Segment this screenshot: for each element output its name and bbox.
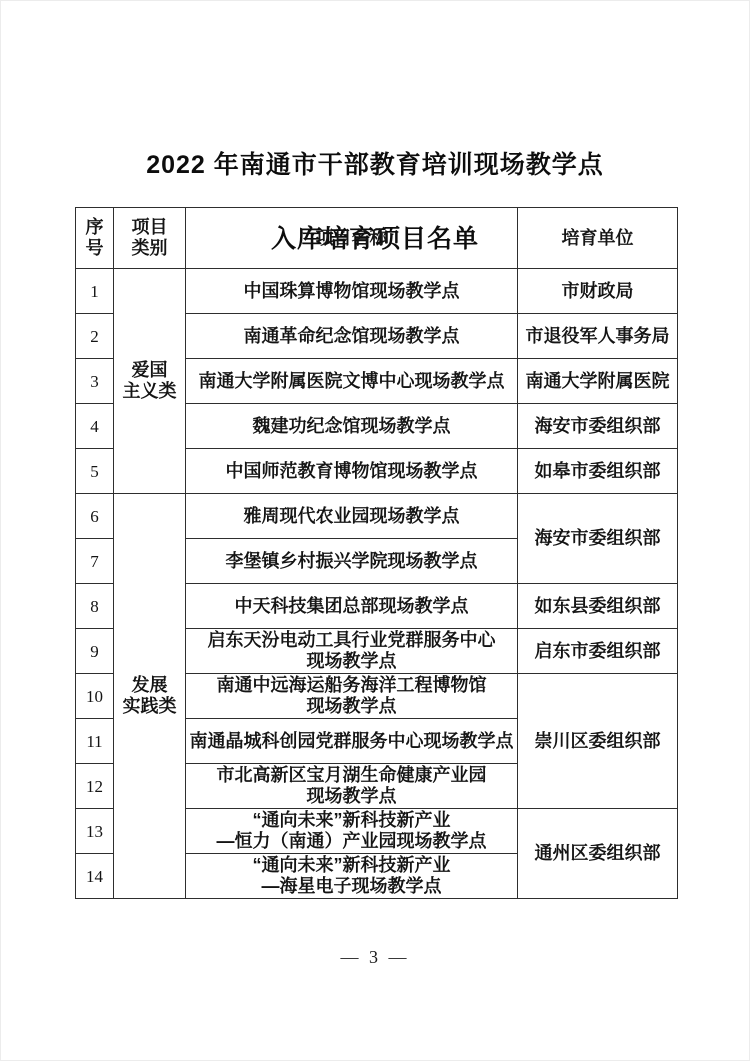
project-name-cell: 李堡镇乡村振兴学院现场教学点 [186, 539, 518, 584]
project-name-cell: 中国珠算博物馆现场教学点 [186, 269, 518, 314]
project-name-cell: 南通大学附属医院文博中心现场教学点 [186, 359, 518, 404]
header-project-name: 项目名称 [186, 208, 518, 269]
index-cell: 9 [76, 629, 114, 674]
table-header-row: 序 号 项目 类别 项目名称 培育单位 [76, 208, 678, 269]
unit-cell: 市退役军人事务局 [518, 314, 678, 359]
unit-cell: 海安市委组织部 [518, 404, 678, 449]
page-number: — 3 — [0, 947, 750, 968]
document-page: 2022 年南通市干部教育培训现场教学点 入库培育项目名单 序 号 项目 类别 … [0, 0, 750, 1061]
document-title-line1: 2022 年南通市干部教育培训现场教学点 [0, 147, 750, 184]
category-cell-development: 发展 实践类 [114, 494, 186, 899]
index-cell: 5 [76, 449, 114, 494]
project-name-cell: “通向未来”新科技新产业 —海星电子现场教学点 [186, 854, 518, 899]
index-cell: 4 [76, 404, 114, 449]
project-name-cell: 南通中远海运船务海洋工程博物馆 现场教学点 [186, 674, 518, 719]
table-row: 1 爱国 主义类 中国珠算博物馆现场教学点 市财政局 [76, 269, 678, 314]
project-name-cell: 南通晶城科创园党群服务中心现场教学点 [186, 719, 518, 764]
index-cell: 14 [76, 854, 114, 899]
header-index: 序 号 [76, 208, 114, 269]
index-cell: 7 [76, 539, 114, 584]
project-name-cell: “通向未来”新科技新产业 —恒力（南通）产业园现场教学点 [186, 809, 518, 854]
index-cell: 8 [76, 584, 114, 629]
project-name-cell: 魏建功纪念馆现场教学点 [186, 404, 518, 449]
unit-cell: 崇川区委组织部 [518, 674, 678, 809]
project-name-cell: 中天科技集团总部现场教学点 [186, 584, 518, 629]
unit-cell: 如东县委组织部 [518, 584, 678, 629]
index-cell: 13 [76, 809, 114, 854]
header-category: 项目 类别 [114, 208, 186, 269]
unit-cell: 南通大学附属医院 [518, 359, 678, 404]
category-cell-patriotism: 爱国 主义类 [114, 269, 186, 494]
unit-cell: 海安市委组织部 [518, 494, 678, 584]
project-name-cell: 中国师范教育博物馆现场教学点 [186, 449, 518, 494]
unit-cell: 市财政局 [518, 269, 678, 314]
project-table: 序 号 项目 类别 项目名称 培育单位 1 爱国 主义类 中国珠算博物馆现场教学… [75, 207, 678, 899]
index-cell: 2 [76, 314, 114, 359]
unit-cell: 通州区委组织部 [518, 809, 678, 899]
unit-cell: 启东市委组织部 [518, 629, 678, 674]
index-cell: 1 [76, 269, 114, 314]
index-cell: 10 [76, 674, 114, 719]
unit-cell: 如皋市委组织部 [518, 449, 678, 494]
index-cell: 12 [76, 764, 114, 809]
index-cell: 3 [76, 359, 114, 404]
project-name-cell: 市北高新区宝月湖生命健康产业园 现场教学点 [186, 764, 518, 809]
project-name-cell: 启东天汾电动工具行业党群服务中心 现场教学点 [186, 629, 518, 674]
index-cell: 11 [76, 719, 114, 764]
table-row: 6 发展 实践类 雅周现代农业园现场教学点 海安市委组织部 [76, 494, 678, 539]
project-name-cell: 南通革命纪念馆现场教学点 [186, 314, 518, 359]
index-cell: 6 [76, 494, 114, 539]
header-unit: 培育单位 [518, 208, 678, 269]
project-name-cell: 雅周现代农业园现场教学点 [186, 494, 518, 539]
